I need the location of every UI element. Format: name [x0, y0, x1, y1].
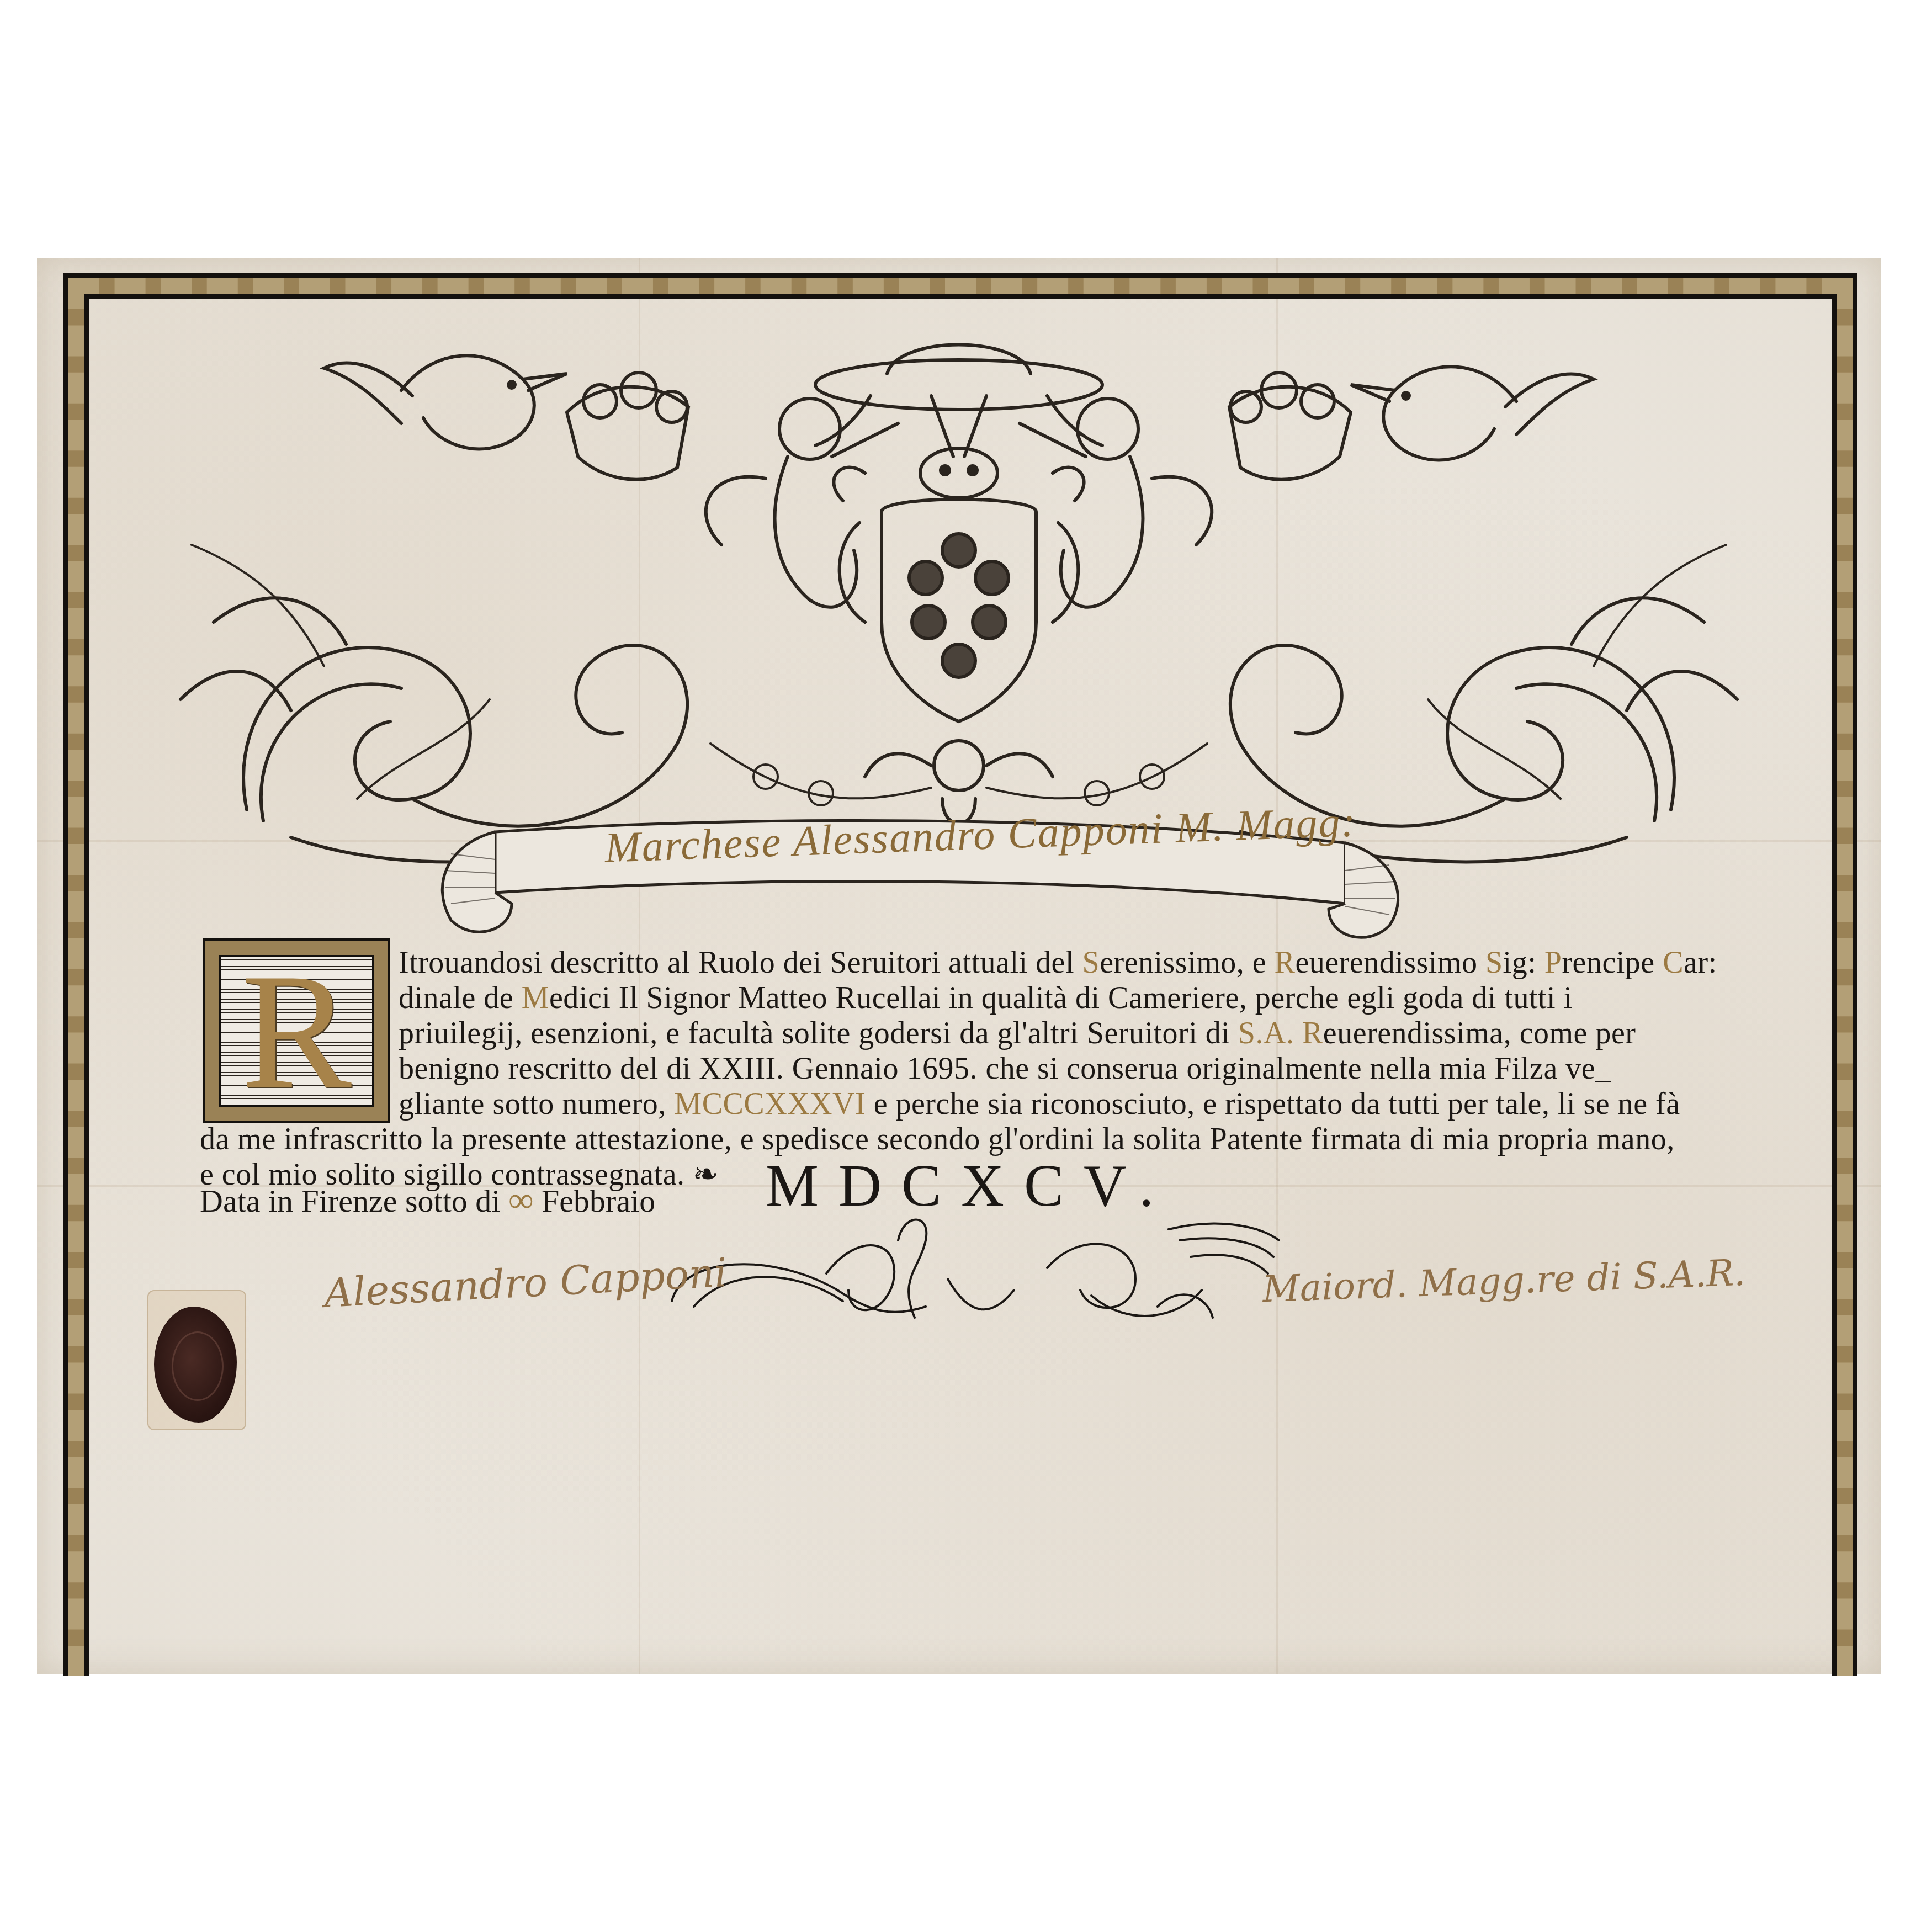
- putto-left-icon: [706, 399, 898, 607]
- gilt-initial: M: [522, 981, 549, 1015]
- bird-left-icon: [324, 355, 567, 449]
- cornucopia-left-icon: [567, 373, 688, 480]
- body-text-run: da me infrascritto la presente attestazi…: [200, 1122, 1675, 1156]
- date-prefix: Data in Firenze sotto di: [200, 1183, 508, 1219]
- body-text-run: rencipe: [1562, 946, 1663, 980]
- gilt-initial: S: [1485, 946, 1503, 980]
- date-line: Data in Firenze sotto di ∞ Febbraio: [200, 1180, 655, 1220]
- body-text-run: ig:: [1503, 946, 1544, 980]
- cardinal-hat-icon: [815, 345, 1102, 457]
- drop-cap-foliage-field: R: [219, 955, 374, 1107]
- seal-impression: [172, 1331, 224, 1401]
- document-paper: Marchese Alessandro Capponi M. Magg: R I…: [37, 258, 1881, 1674]
- body-text-run: Itrouandosi descritto al Ruolo dei Serui…: [399, 946, 1082, 980]
- illuminated-drop-cap: R: [203, 938, 390, 1123]
- cornucopia-right-icon: [1229, 373, 1351, 480]
- fruit-garland-icon: [710, 744, 1207, 805]
- gilt-initial: R: [1275, 946, 1296, 980]
- body-text-run: benigno rescritto del di XXIII. Gennaio …: [399, 1052, 1611, 1086]
- gilt-initial: S.A. R: [1238, 1016, 1323, 1050]
- body-line: gliante sotto numero, MCCCXXXVI e perche…: [399, 1086, 1828, 1122]
- body-text-run: gliante sotto numero,: [399, 1087, 674, 1121]
- calligraphic-flourish: [661, 1207, 1285, 1334]
- bird-right-icon: [1351, 367, 1594, 460]
- body-text-run: e perche sia riconosciuto, e rispettato …: [866, 1087, 1680, 1121]
- gilt-initial: P: [1544, 946, 1562, 980]
- body-text-run: erenissimo, e: [1100, 946, 1274, 980]
- lion-mask-icon: [920, 448, 997, 498]
- putto-right-icon: [1020, 399, 1212, 607]
- gilt-initial: C: [1663, 946, 1684, 980]
- body-line: benigno rescritto del di XXIII. Gennaio …: [399, 1051, 1828, 1086]
- date-month: Febbraio: [534, 1183, 656, 1219]
- body-text-run: ar:: [1684, 946, 1717, 980]
- date-day: ∞: [508, 1180, 534, 1219]
- gilt-initial: S: [1082, 946, 1100, 980]
- body-line: Itrouandosi descritto al Ruolo dei Serui…: [399, 945, 1828, 980]
- drop-cap-letter: R: [241, 948, 352, 1114]
- medici-coat-of-arms-icon: [834, 468, 1084, 721]
- body-text-run: edici Il Signor Matteo Rucellai in quali…: [549, 981, 1573, 1015]
- gilt-initial: MCCCXXXVI: [674, 1087, 866, 1121]
- body-text-run: dinale de: [399, 981, 522, 1015]
- body-text-run: euerendissimo: [1295, 946, 1485, 980]
- body-line: priuilegij, esenzioni, e facultà solite …: [399, 1016, 1828, 1051]
- body-text-run: euerendissima, come per: [1323, 1016, 1636, 1050]
- body-line: dinale de Medici Il Signor Matteo Rucell…: [399, 980, 1828, 1016]
- body-text-run: priuilegij, esenzioni, e facultà solite …: [399, 1016, 1238, 1050]
